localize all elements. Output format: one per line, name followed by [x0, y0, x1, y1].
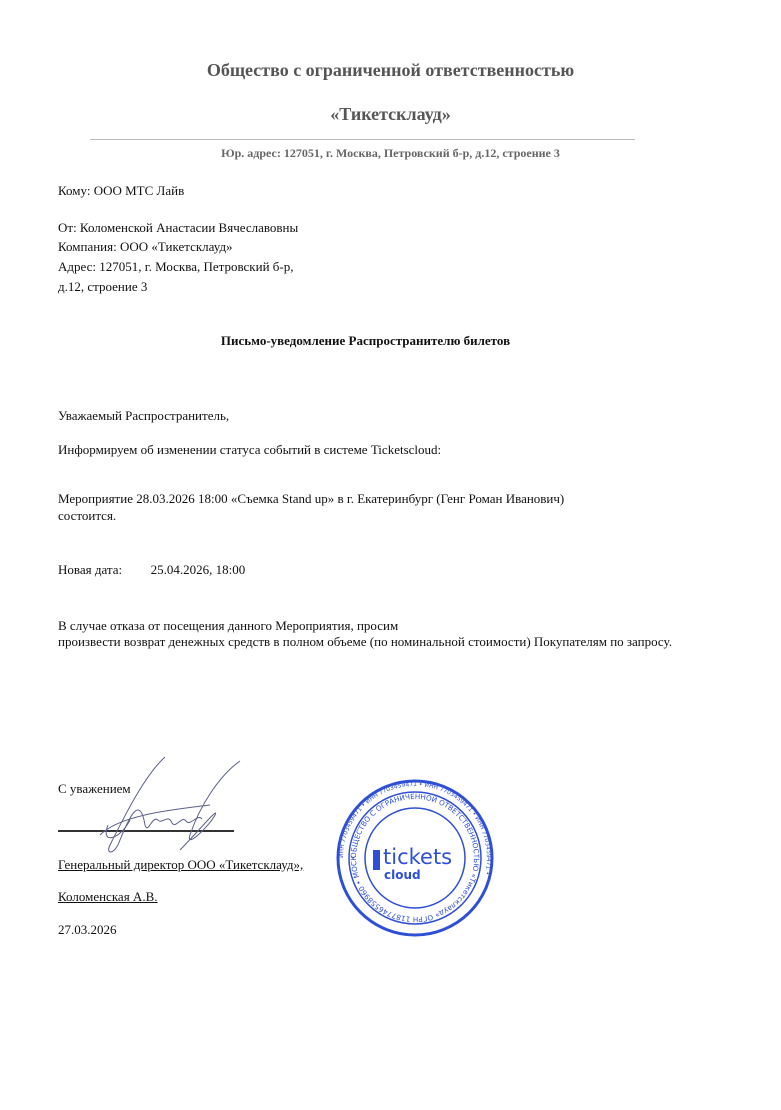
stamp-logo-mark — [373, 850, 380, 870]
company-stamp: ИНН 7703459471 • ИНН 7703459471 • ИНН 77… — [335, 778, 495, 938]
event-line-2: состоится. — [58, 506, 116, 526]
intro: Информируем об изменении статуса событий… — [58, 440, 441, 460]
new-date-label: Новая дата: — [58, 562, 122, 577]
event-line-1: Мероприятие 28.03.2026 18:00 «Съемка Sta… — [58, 489, 564, 509]
new-date-value: 25.04.2026, 18:00 — [151, 562, 246, 577]
signature-date: 27.03.2026 — [58, 920, 117, 940]
header-divider — [90, 139, 635, 140]
stamp-logo-cloud: cloud — [384, 868, 421, 882]
sender-company: Компания: ООО «Тикетсклауд» — [58, 237, 233, 257]
sender-address-2: д.12, строение 3 — [58, 277, 147, 297]
greeting: Уважаемый Распространитель, — [58, 406, 229, 426]
stamp-logo-tickets: tickets — [383, 845, 452, 869]
letter-title: Письмо-уведомление Распространителю биле… — [0, 333, 731, 349]
sender-address-1: Адрес: 127051, г. Москва, Петровский б-р… — [58, 257, 293, 277]
signatory-position: Генеральный директор ООО «Тикетсклауд», — [58, 855, 303, 875]
refund-line-2: произвести возврат денежных средств в по… — [58, 632, 672, 652]
sender-from: От: Коломенской Анастасии Вячеславовны — [58, 218, 298, 238]
org-name-line1: Общество с ограниченной ответственностью — [0, 60, 781, 81]
org-name-line2: «Тикетсклауд» — [0, 104, 781, 125]
new-date: Новая дата: 25.04.2026, 18:00 — [58, 560, 245, 580]
legal-address: Юр. адрес: 127051, г. Москва, Петровский… — [0, 146, 781, 161]
recipient: Кому: ООО МТС Лайв — [58, 181, 184, 201]
signatory-name: Коломенская А.В. — [58, 887, 158, 907]
handwritten-signature — [90, 755, 250, 860]
